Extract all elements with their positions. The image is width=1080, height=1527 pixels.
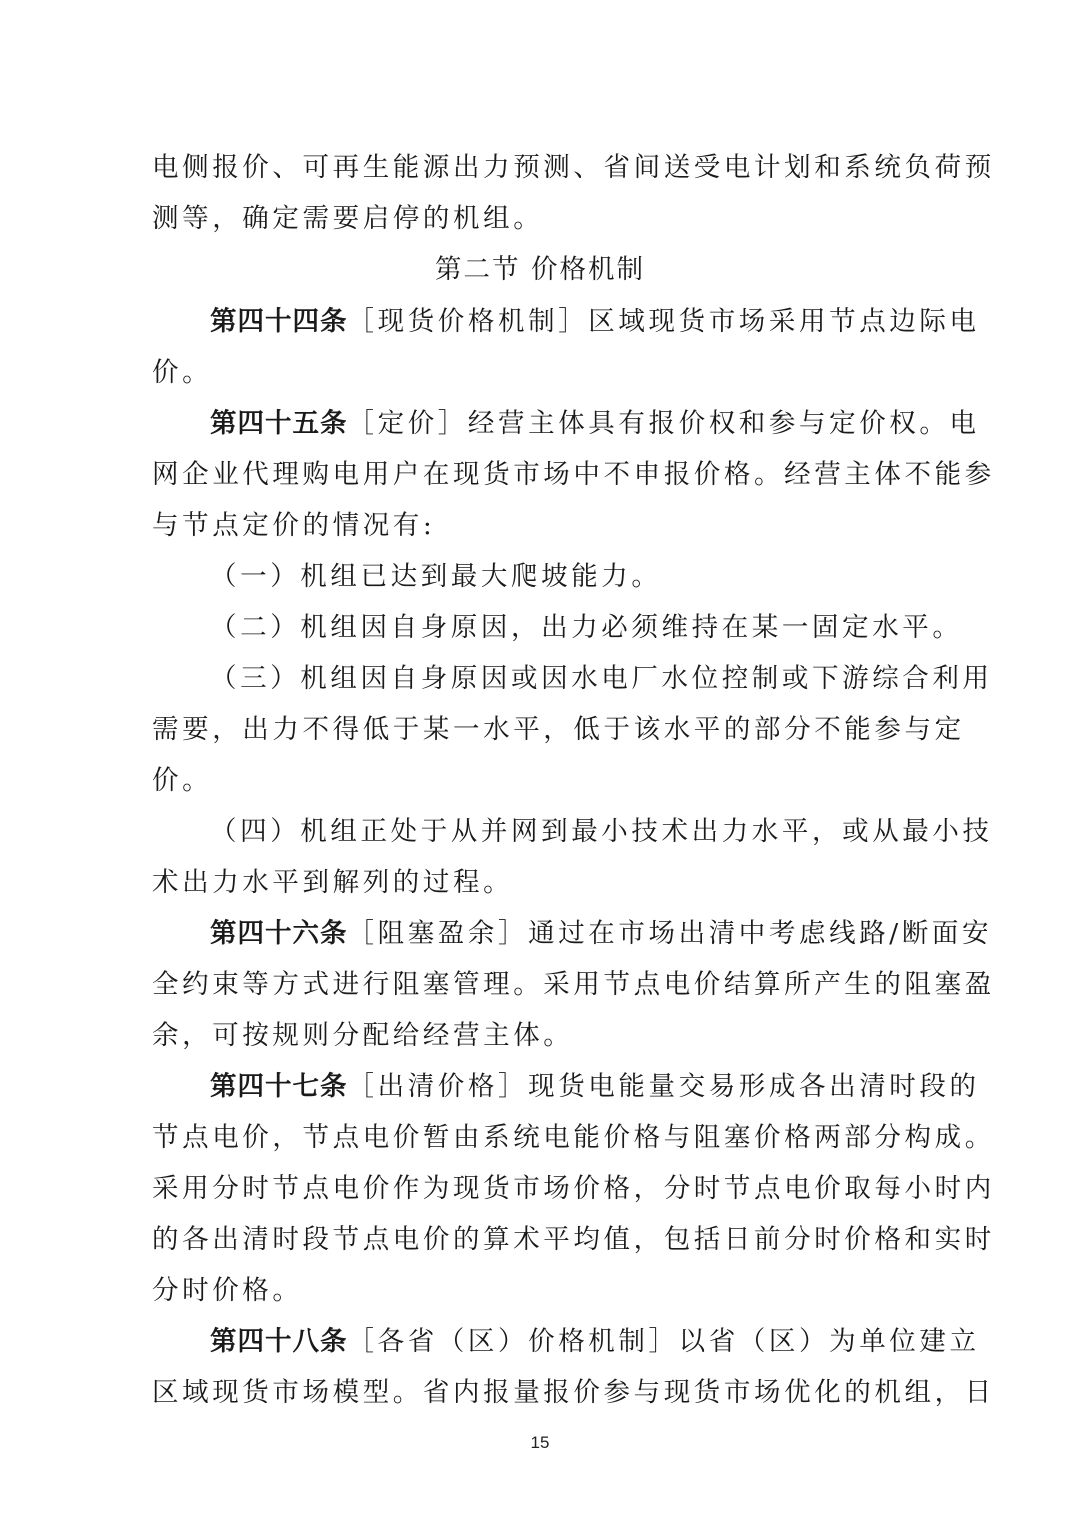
paragraph-line: 余，可按规则分配给经营主体。 [152, 1016, 972, 1056]
article-text: ［各省（区）价格机制］以省（区）为单位建立 [348, 1326, 980, 1357]
page-number: 15 [0, 1433, 1080, 1453]
article-number: 第四十七条 [210, 1071, 348, 1102]
paragraph-line: 采用分时节点电价作为现货市场价格，分时节点电价取每小时内 [152, 1169, 972, 1209]
article-text: ［定价］经营主体具有报价权和参与定价权。电 [348, 408, 980, 439]
article-number: 第四十六条 [210, 918, 348, 949]
list-item: （三）机组因自身原因或因水电厂水位控制或下游综合利用 [210, 659, 1030, 699]
section-heading: 第二节 价格机制 [0, 250, 1080, 290]
paragraph-line: 网企业代理购电用户在现货市场中不申报价格。经营主体不能参 [152, 455, 972, 495]
article-46-line: 第四十六条［阻塞盈余］通过在市场出清中考虑线路/断面安 [210, 914, 1030, 954]
list-item: （四）机组正处于从并网到最小技术出力水平，或从最小技 [210, 812, 1030, 852]
paragraph-line: 测等，确定需要启停的机组。 [152, 199, 972, 239]
paragraph-line: 节点电价，节点电价暂由系统电能价格与阻塞价格两部分构成。 [152, 1118, 972, 1158]
paragraph-line: 术出力水平到解列的过程。 [152, 863, 972, 903]
article-text: ［阻塞盈余］通过在市场出清中考虑线路/断面安 [348, 918, 993, 949]
paragraph-line: 价。 [152, 353, 972, 393]
paragraph-line: 区域现货市场模型。省内报量报价参与现货市场优化的机组，日 [152, 1373, 972, 1413]
paragraph-line: 价。 [152, 761, 972, 801]
paragraph-line: 需要，出力不得低于某一水平，低于该水平的部分不能参与定 [152, 710, 972, 750]
article-44-line: 第四十四条［现货价格机制］区域现货市场采用节点边际电 [210, 302, 1030, 342]
paragraph-line: 分时价格。 [152, 1271, 972, 1311]
article-48-line: 第四十八条［各省（区）价格机制］以省（区）为单位建立 [210, 1322, 1030, 1362]
article-number: 第四十八条 [210, 1326, 348, 1357]
paragraph-line: 的各出清时段节点电价的算术平均值，包括日前分时价格和实时 [152, 1220, 972, 1260]
article-text: ［出清价格］现货电能量交易形成各出清时段的 [348, 1071, 980, 1102]
article-number: 第四十四条 [210, 306, 348, 337]
paragraph-line: 全约束等方式进行阻塞管理。采用节点电价结算所产生的阻塞盈 [152, 965, 972, 1005]
article-45-line: 第四十五条［定价］经营主体具有报价权和参与定价权。电 [210, 404, 1030, 444]
list-item: （一）机组已达到最大爬坡能力。 [210, 557, 1030, 597]
article-text: ［现货价格机制］区域现货市场采用节点边际电 [348, 306, 980, 337]
article-number: 第四十五条 [210, 408, 348, 439]
list-item: （二）机组因自身原因，出力必须维持在某一固定水平。 [210, 608, 1030, 648]
document-page: 电侧报价、可再生能源出力预测、省间送受电计划和系统负荷预 测等，确定需要启停的机… [0, 0, 1080, 1527]
paragraph-line: 电侧报价、可再生能源出力预测、省间送受电计划和系统负荷预 [152, 148, 972, 188]
article-47-line: 第四十七条［出清价格］现货电能量交易形成各出清时段的 [210, 1067, 1030, 1107]
paragraph-line: 与节点定价的情况有: [152, 506, 972, 546]
